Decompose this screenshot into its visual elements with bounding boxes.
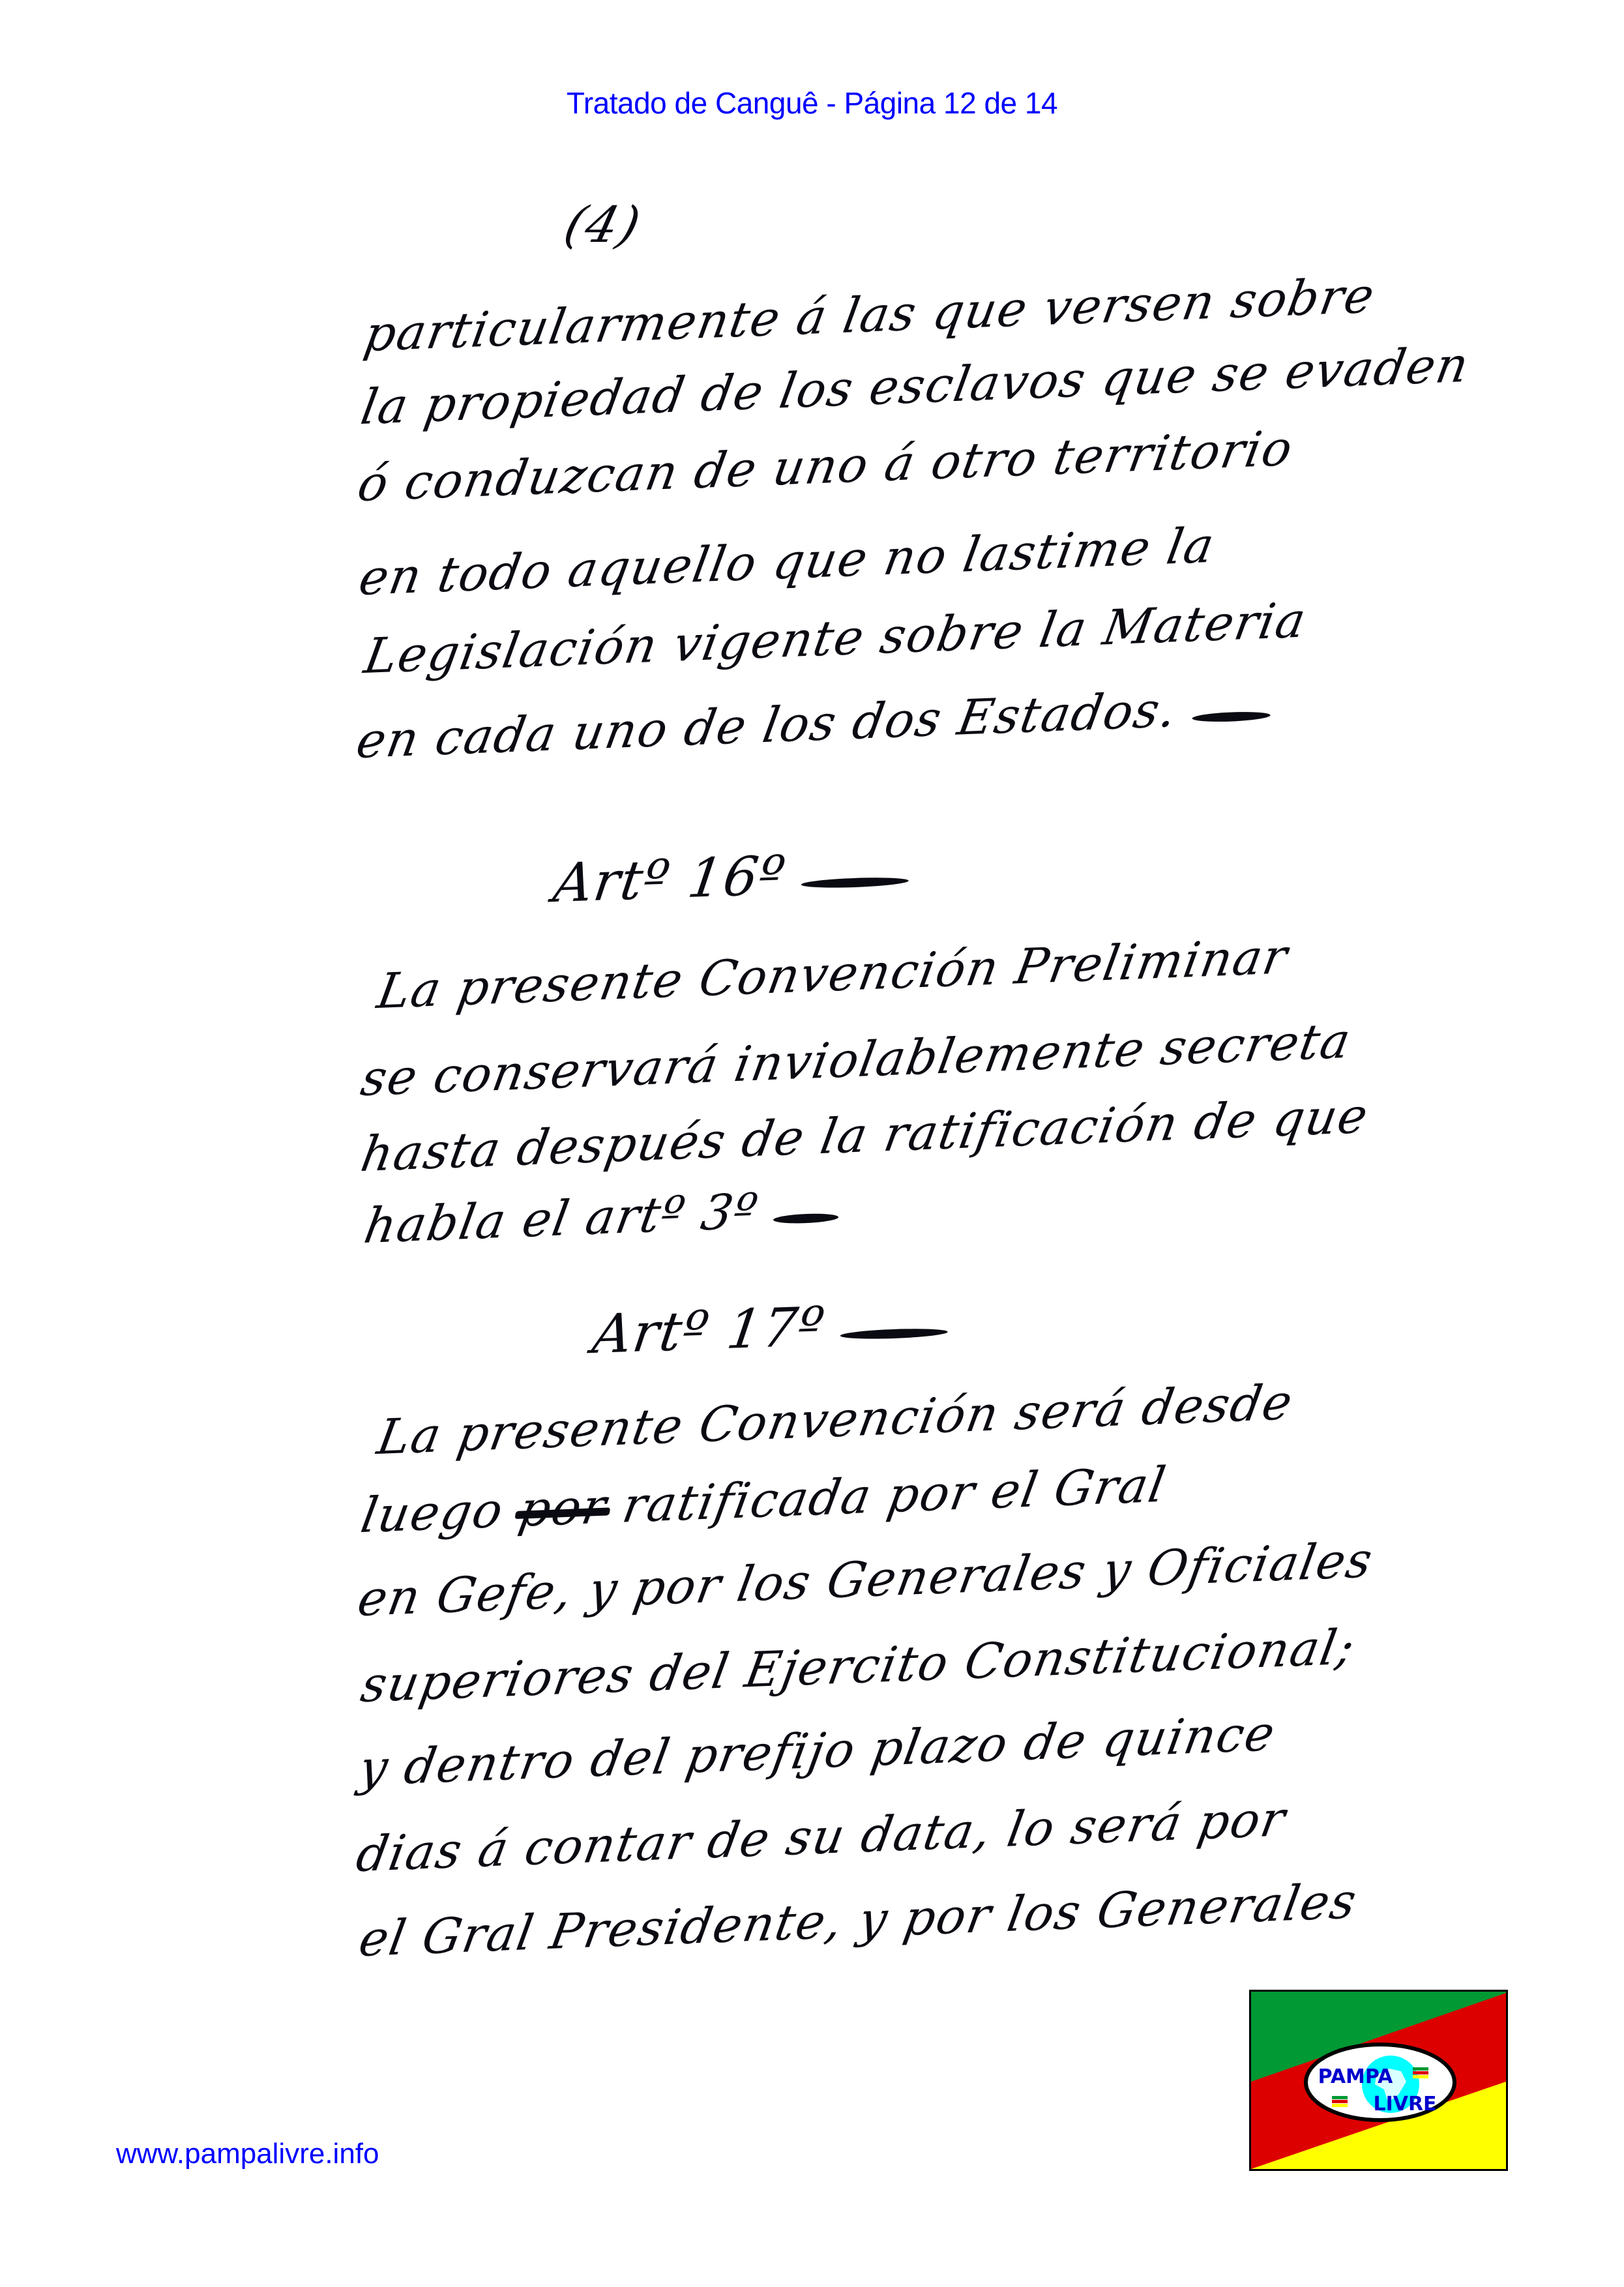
manuscript-line: y dentro del prefijo plazo de quince — [355, 1704, 1280, 1799]
manuscript-scan: (4) particularmente á las que versen sob… — [0, 0, 1624, 2287]
struck-out-word: por — [515, 1477, 612, 1539]
mini-flag-icon — [1413, 2067, 1428, 2078]
page-number-mark: (4) — [559, 196, 647, 254]
manuscript-line-text: ratificada por el Gral — [619, 1456, 1171, 1534]
underline-flourish — [801, 876, 909, 889]
article-heading-text: Artº 16º — [550, 844, 790, 915]
article-heading: Artº 17º — [589, 1290, 954, 1368]
dash-flourish — [1192, 711, 1271, 723]
manuscript-line: Legislación vigente sobre la Materia — [360, 591, 1311, 686]
website-link[interactable]: www.pampalivre.info — [116, 2136, 379, 2172]
rio-grande-flag-icon: PAMPA LIVRE — [1251, 1992, 1506, 2169]
manuscript-line: el Gral Presidente, y por los Generales — [355, 1872, 1361, 1969]
underline-flourish — [840, 1327, 949, 1340]
manuscript-line: superiores del Ejercito Constitucional; — [357, 1617, 1360, 1715]
article-heading-text: Artº 17º — [589, 1295, 829, 1366]
mini-flag-icon — [1332, 2096, 1348, 2107]
dash-flourish — [773, 1213, 839, 1224]
logo-text-pampa: PAMPA — [1318, 2065, 1394, 2088]
article-heading: Artº 16º — [550, 839, 915, 917]
manuscript-line-text: en cada uno de los dos Estados. — [353, 681, 1182, 769]
manuscript-line: en todo aquello que no lastime la — [355, 516, 1219, 608]
manuscript-line-text: habla el artº 3º — [361, 1183, 763, 1255]
manuscript-line: La presente Convención será desde — [373, 1373, 1297, 1468]
manuscript-line-text: luego — [357, 1482, 509, 1544]
manuscript-line: habla el artº 3º — [360, 1179, 845, 1256]
manuscript-line: en cada uno de los dos Estados. — [352, 677, 1277, 771]
logo-text-livre: LIVRE — [1373, 2093, 1436, 2116]
manuscript-line: ó conduzcan de uno á otro territorio — [353, 419, 1297, 514]
manuscript-line: La presente Convención Preliminar — [373, 927, 1293, 1021]
manuscript-line: dias á contar de su data, lo será por — [352, 1790, 1290, 1884]
manuscript-line: luego por ratificada por el Gral — [357, 1455, 1171, 1545]
manuscript-line: en Gefe, y por los Generales y Oficiales — [353, 1531, 1378, 1629]
pampa-livre-logo: PAMPA LIVRE — [1249, 1990, 1508, 2171]
